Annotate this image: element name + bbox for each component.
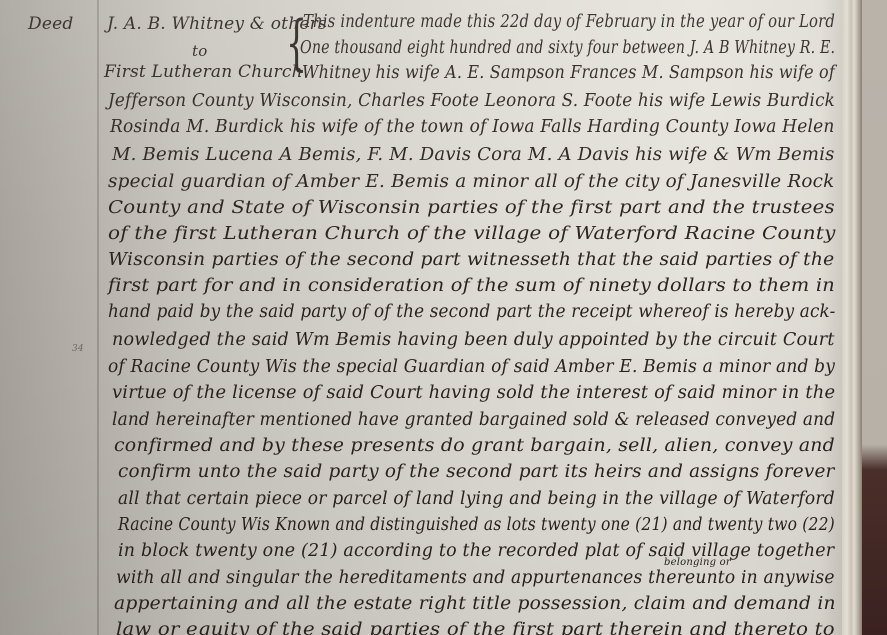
deed-line: virtue of the license of said Court havi… bbox=[112, 383, 835, 403]
deed-line: special guardian of Amber E. Bemis a min… bbox=[108, 172, 834, 192]
deed-line: hand paid by the said party of of the se… bbox=[108, 302, 835, 322]
deed-line: with all and singular the hereditaments … bbox=[116, 568, 835, 588]
deed-line: One thousand eight hundred and sixty fou… bbox=[300, 38, 835, 58]
deed-line: Wisconsin parties of the second part wit… bbox=[108, 250, 834, 270]
deed-line: Racine County Wis Known and distinguishe… bbox=[118, 515, 835, 535]
deed-line: This indenture made this 22d day of Febr… bbox=[303, 12, 835, 32]
curly-brace-icon: { bbox=[286, 6, 293, 80]
deed-line: of Racine County Wis the special Guardia… bbox=[108, 357, 835, 377]
deed-line: Rosinda M. Burdick his wife of the town … bbox=[110, 117, 835, 137]
deed-line: law or equity of the said parties of the… bbox=[116, 620, 835, 635]
deed-line: Jefferson County Wisconsin, Charles Foot… bbox=[108, 91, 835, 111]
book-binding bbox=[862, 0, 887, 635]
deed-line: Whitney his wife A. E. Sampson Frances M… bbox=[302, 63, 835, 83]
deed-line: of the first Lutheran Church of the vill… bbox=[108, 224, 836, 244]
deed-line: confirmed and by these presents do grant… bbox=[114, 436, 835, 456]
deed-line: M. Bemis Lucena A Bemis, F. M. Davis Cor… bbox=[112, 145, 835, 165]
deed-line: County and State of Wisconsin parties of… bbox=[108, 198, 835, 218]
margin-rule-line bbox=[97, 0, 99, 635]
deed-line: all that certain piece or parcel of land… bbox=[118, 489, 835, 509]
interlinear-correction: belonging or bbox=[664, 557, 731, 568]
deed-line: first part for and in consideration of t… bbox=[108, 276, 835, 296]
deed-line: confirm unto the said party of the secon… bbox=[118, 462, 835, 482]
deed-line: nowledged the said Wm Bemis having been … bbox=[112, 330, 835, 350]
deed-line: appertaining and all the estate right ti… bbox=[114, 594, 836, 614]
caption-grantee: First Lutheran Church bbox=[104, 62, 303, 82]
page-edge bbox=[842, 0, 862, 635]
ledger-page: Deed 34 J. A. B. Whitney & others to Fir… bbox=[0, 0, 842, 635]
caption-connector: to bbox=[192, 42, 207, 60]
margin-label-deed: Deed bbox=[28, 14, 73, 34]
deed-line: land hereinafter mentioned have granted … bbox=[112, 410, 835, 430]
margin-page-number: 34 bbox=[72, 344, 84, 354]
